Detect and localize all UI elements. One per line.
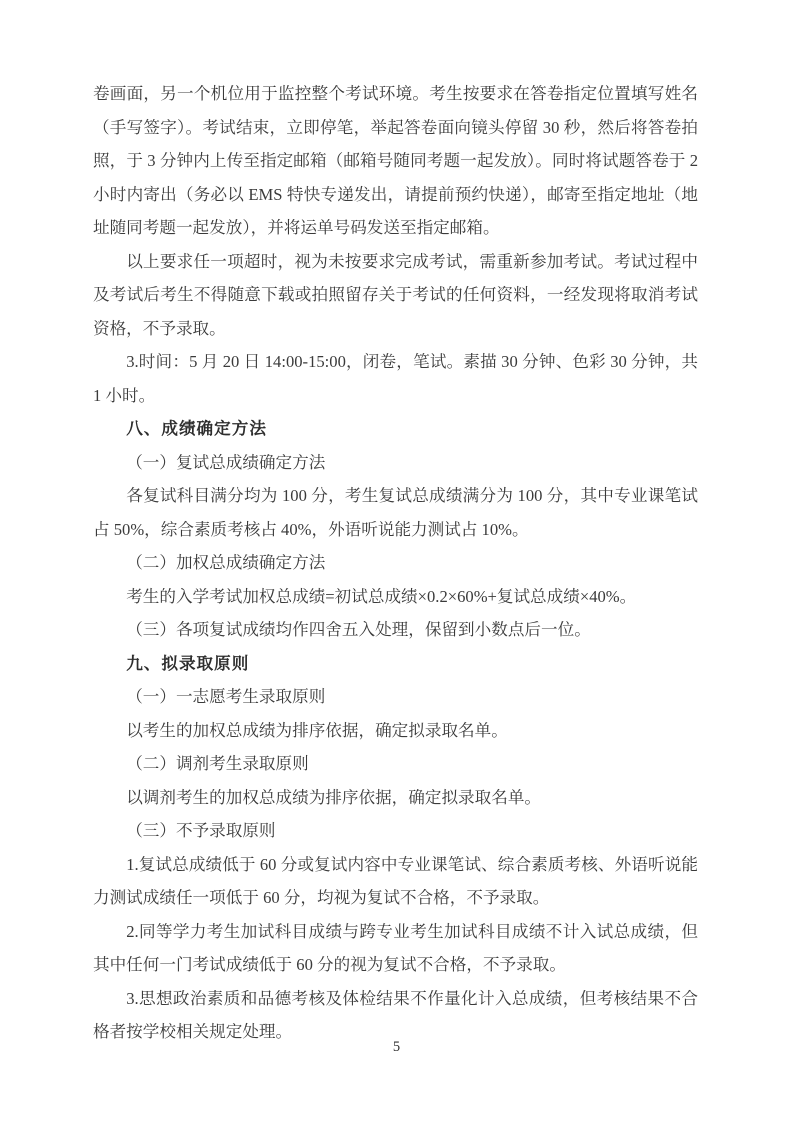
body-paragraph: 以上要求任一项超时，视为未按要求完成考试，需重新参加考试。考试过程中及考试后考生… [93,245,698,346]
body-paragraph: 考生的入学考试加权总成绩=初试总成绩×0.2×60%+复试总成绩×40%。 [93,580,698,614]
body-paragraph: 以考生的加权总成绩为排序依据，确定拟录取名单。 [93,714,698,748]
page-number: 5 [0,1036,793,1058]
body-paragraph: 卷画面，另一个机位用于监控整个考试环境。考生按要求在答卷指定位置填写姓名（手写签… [93,77,698,245]
body-paragraph: （一）一志愿考生录取原则 [93,680,698,714]
body-paragraph: （二）加权总成绩确定方法 [93,546,698,580]
body-paragraph: （三）各项复试成绩均作四舍五入处理，保留到小数点后一位。 [93,613,698,647]
body-paragraph: （二）调剂考生录取原则 [93,747,698,781]
section-heading: 八、成绩确定方法 [93,412,698,446]
body-paragraph: （一）复试总成绩确定方法 [93,446,698,480]
body-paragraph: 1.复试总成绩低于 60 分或复试内容中专业课笔试、综合素质考核、外语听说能力测… [93,848,698,915]
document-content: 卷画面，另一个机位用于监控整个考试环境。考生按要求在答卷指定位置填写姓名（手写签… [93,77,698,1049]
body-paragraph: 各复试科目满分均为 100 分，考生复试总成绩满分为 100 分，其中专业课笔试… [93,479,698,546]
body-paragraph: 以调剂考生的加权总成绩为排序依据，确定拟录取名单。 [93,781,698,815]
body-paragraph: 3.时间：5 月 20 日 14:00-15:00，闭卷，笔试。素描 30 分钟… [93,345,698,412]
body-paragraph: 2.同等学力考生加试科目成绩与跨专业考生加试科目成绩不计入试总成绩，但其中任何一… [93,915,698,982]
section-heading: 九、拟录取原则 [93,647,698,681]
document-page: 卷画面，另一个机位用于监控整个考试环境。考生按要求在答卷指定位置填写姓名（手写签… [0,0,793,1122]
body-paragraph: （三）不予录取原则 [93,814,698,848]
